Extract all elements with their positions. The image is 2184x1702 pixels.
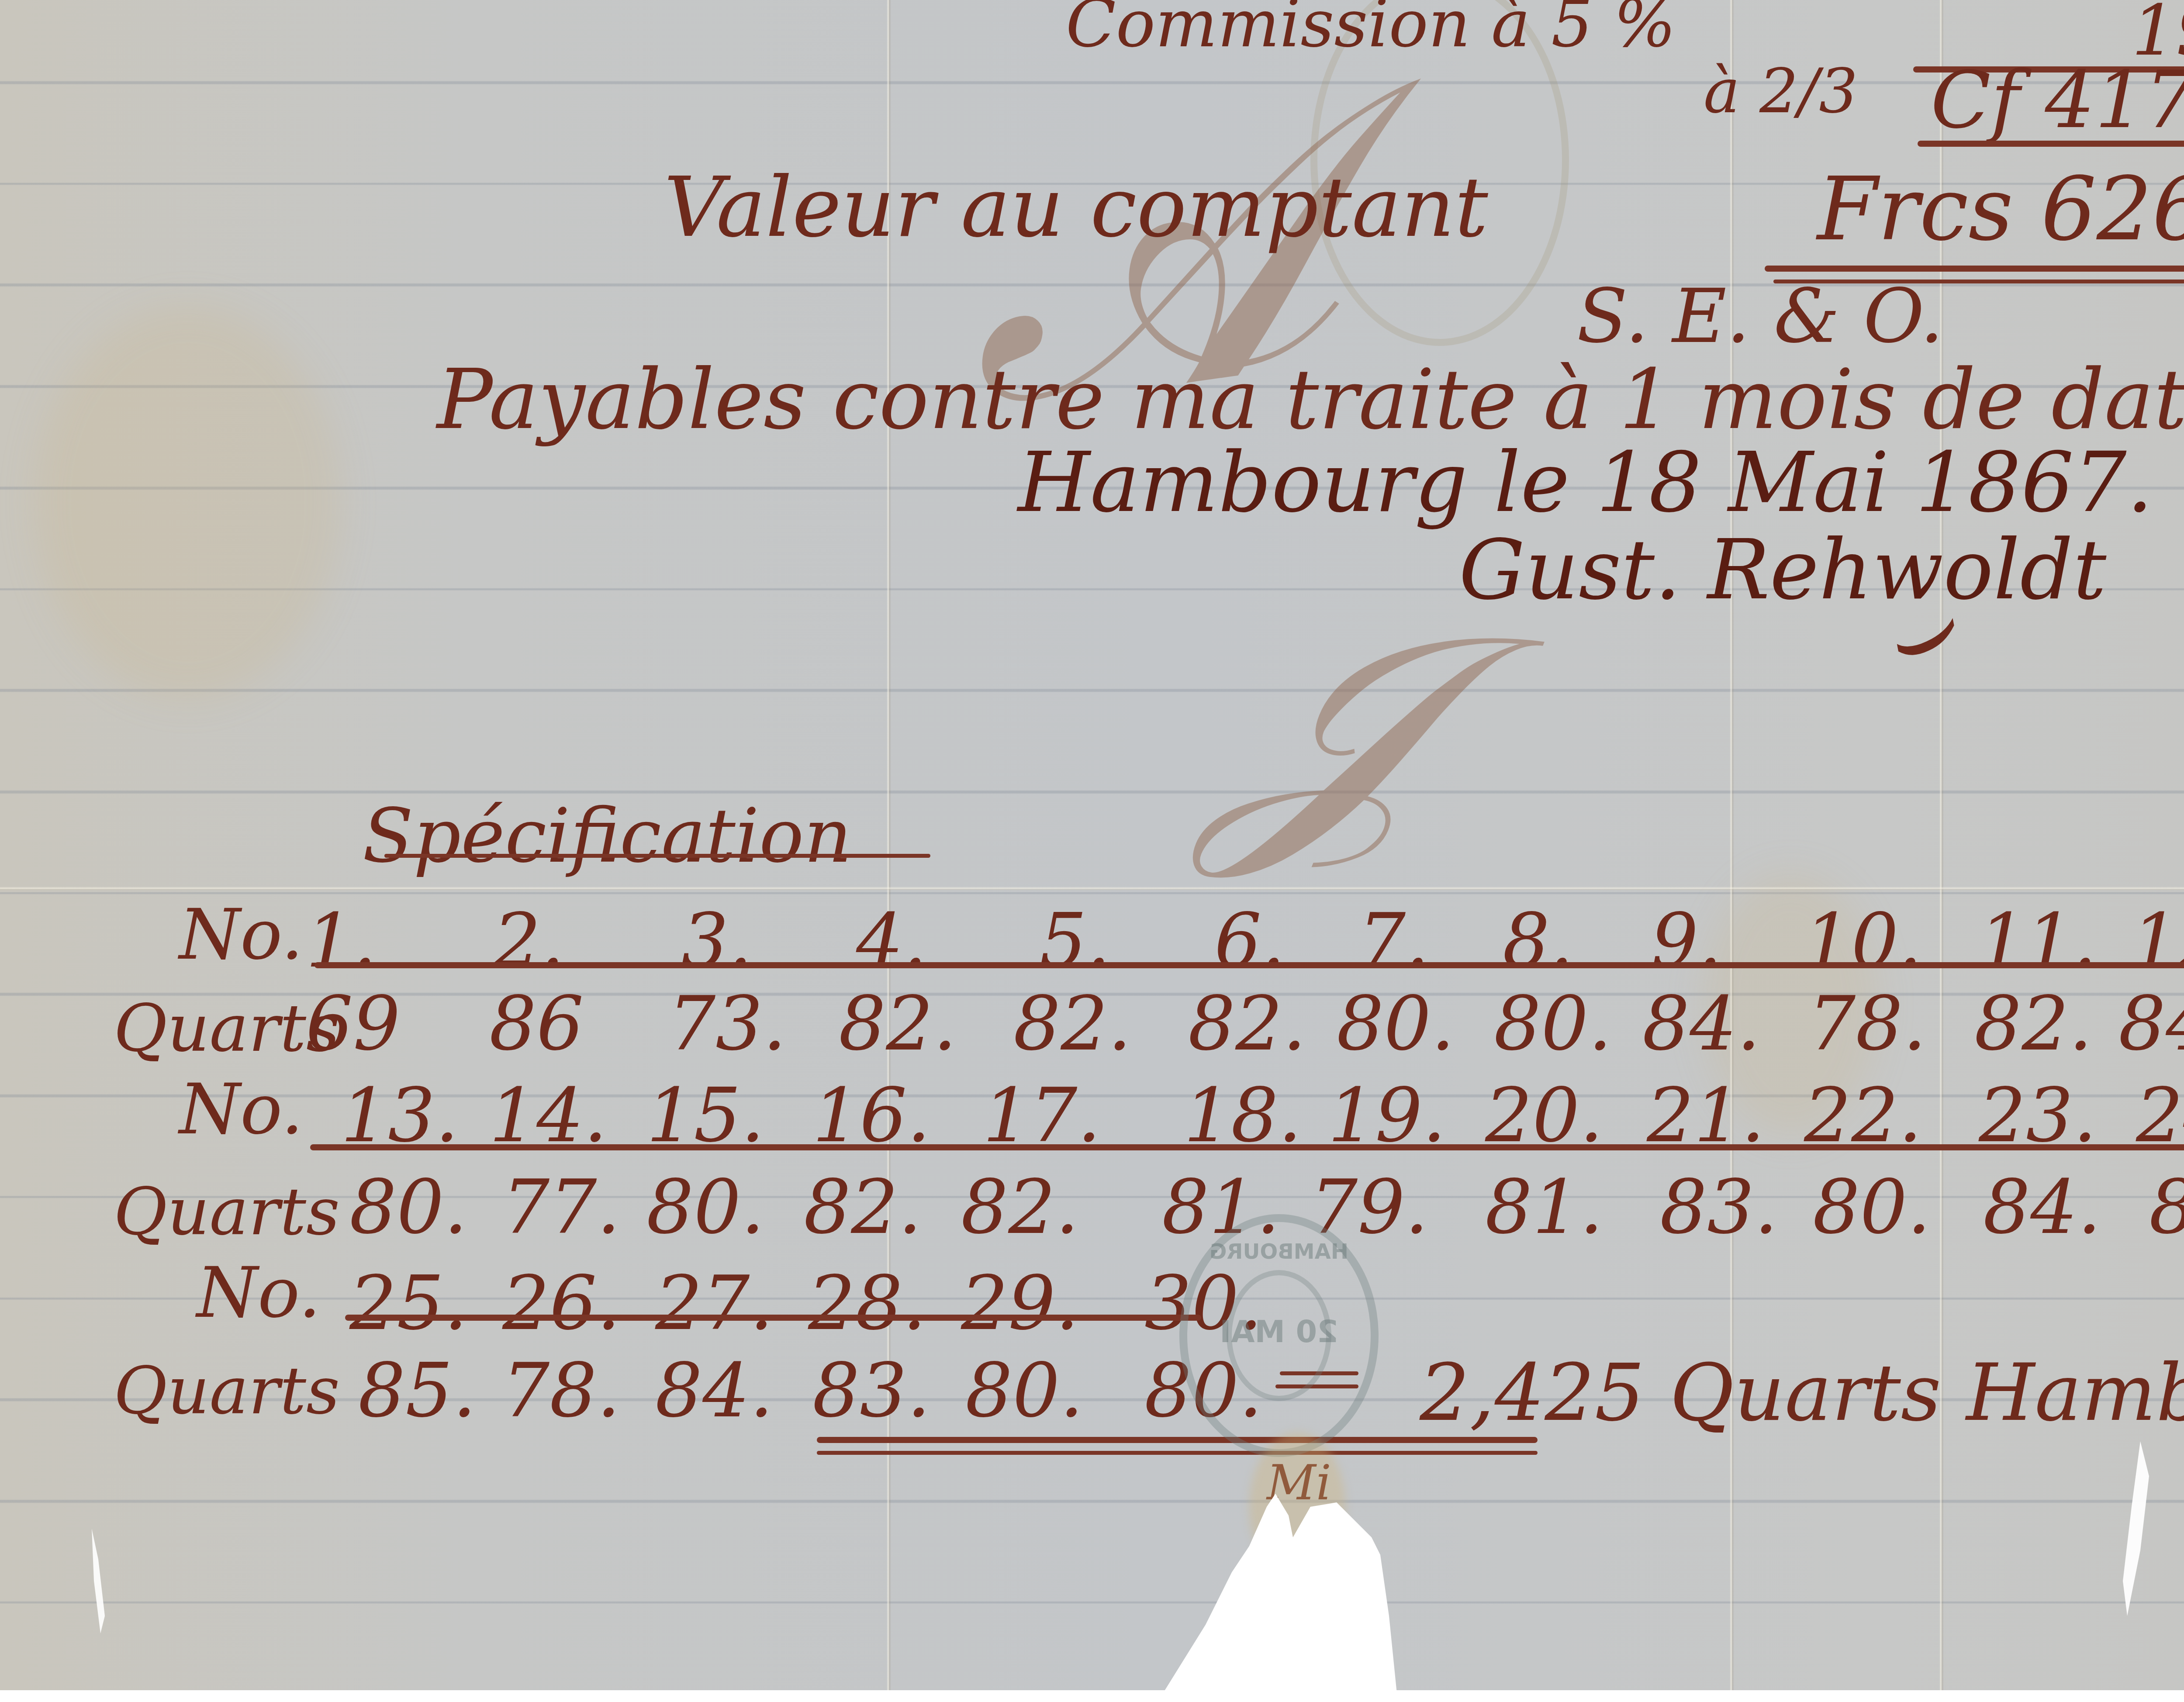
paper-tear [0, 0, 2184, 1702]
